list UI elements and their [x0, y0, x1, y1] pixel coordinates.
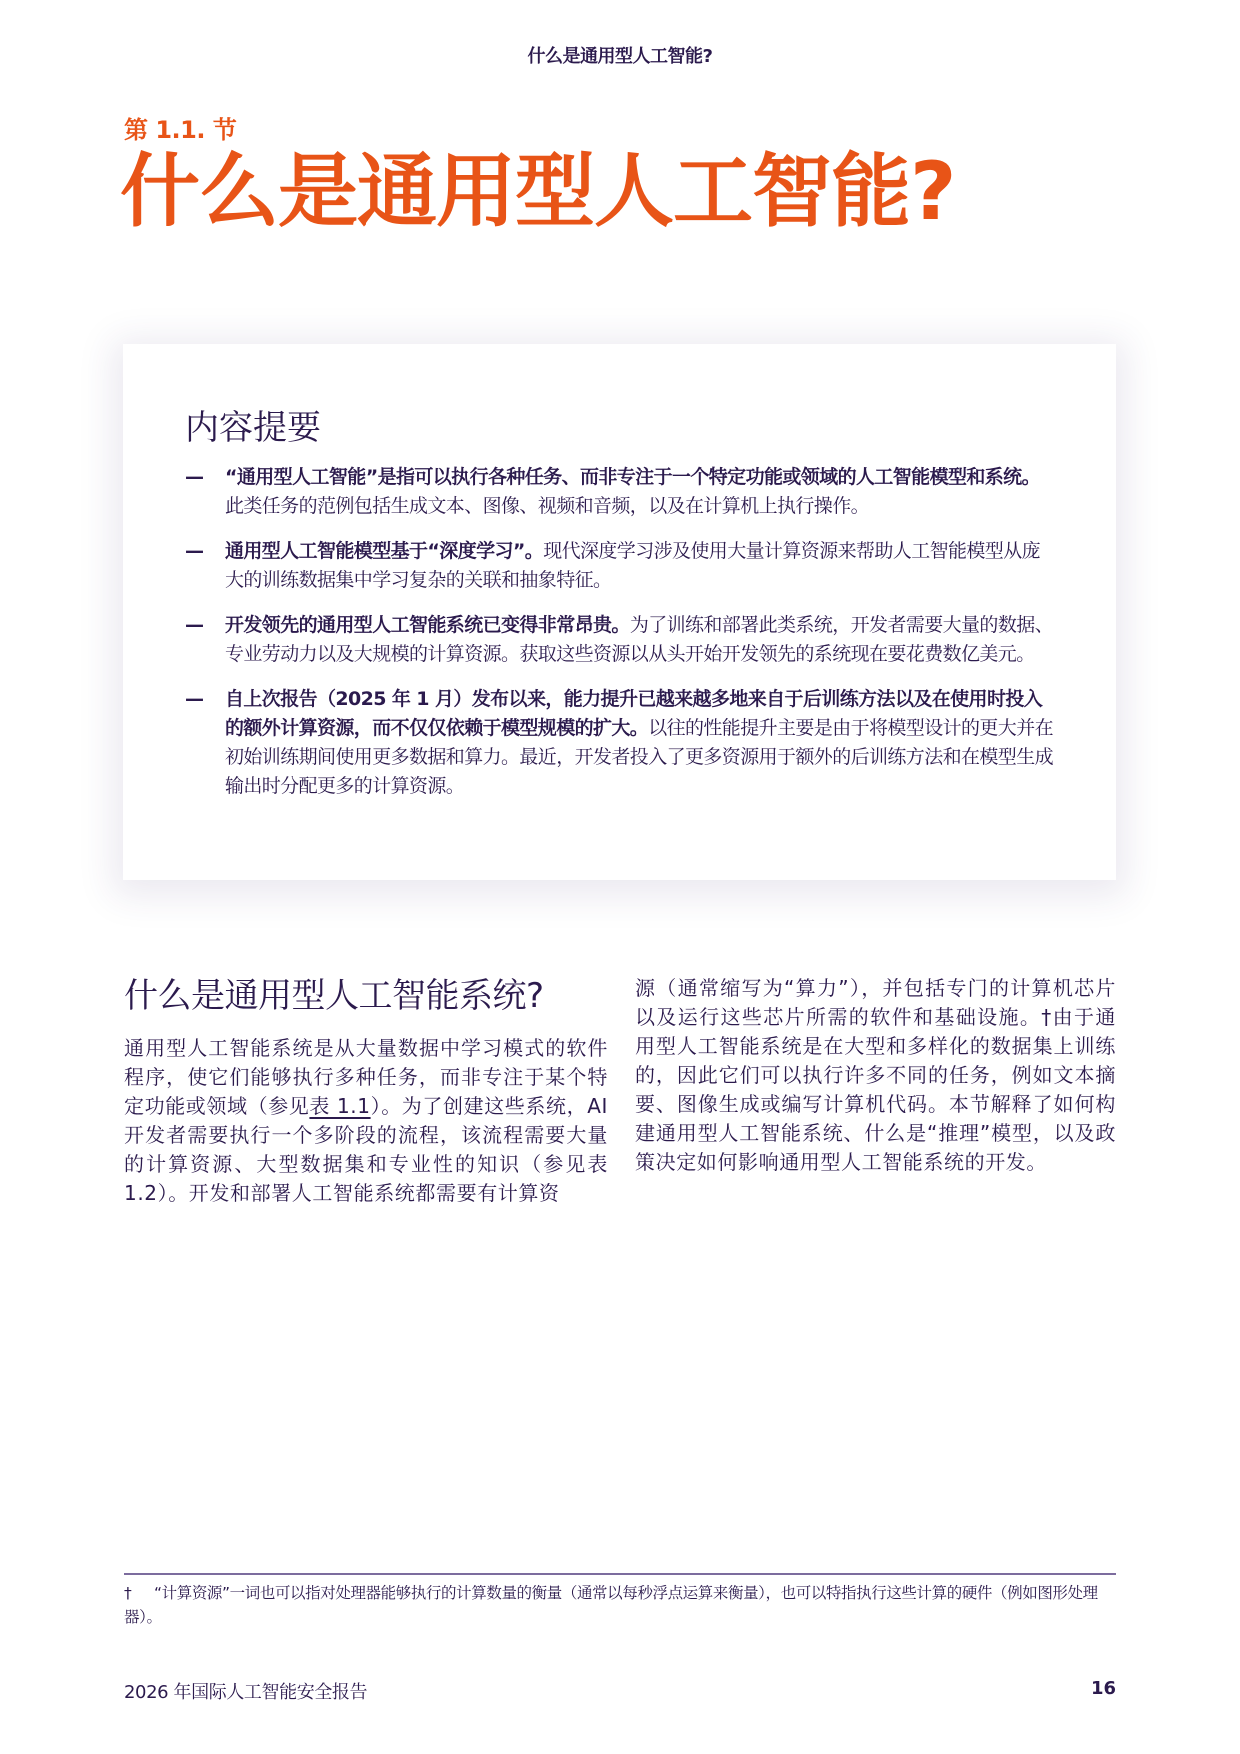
section-label: 第 1.1. 节 — [124, 110, 236, 145]
key-points-list: — “通用型人工智能”是指可以执行各种任务、而非专注于一个特定功能或领域的人工智… — [185, 463, 1056, 801]
body-column-left: 通用型人工智能系统是从大量数据中学习模式的软件程序，使它们能够执行多种任务，而非… — [124, 1034, 608, 1208]
key-points-box: 内容提要 — “通用型人工智能”是指可以执行各种任务、而非专注于一个特定功能或领… — [123, 344, 1116, 880]
section-heading: 什么是通用型人工智能系统? — [124, 976, 544, 1017]
dash-bullet-icon: — — [185, 537, 203, 566]
page-number: 16 — [1091, 1678, 1116, 1699]
body-text: 源（通常缩写为“算力”），并包括专门的计算机芯片以及运行这些芯片所需的软件和基础… — [635, 976, 1116, 1174]
footer-report-title: 2026 年国际人工智能安全报告 — [124, 1678, 367, 1704]
running-header: 什么是通用型人工智能? — [0, 42, 1240, 68]
key-point-item: — 开发领先的通用型人工智能系统已变得非常昂贵。为了训练和部署此类系统，开发者需… — [185, 611, 1056, 669]
body-column-right: 源（通常缩写为“算力”），并包括专门的计算机芯片以及运行这些芯片所需的软件和基础… — [635, 974, 1116, 1177]
key-point-lead: 开发领先的通用型人工智能系统已变得非常昂贵。 — [225, 614, 630, 636]
page-title: 什么是通用型人工智能? — [120, 148, 955, 236]
key-point-item: — 自上次报告（2025 年 1 月）发布以来，能力提升已越来越多地来自于后训练… — [185, 685, 1056, 801]
footnote-divider — [124, 1573, 1116, 1575]
dash-bullet-icon: — — [185, 463, 203, 492]
key-points-title: 内容提要 — [185, 408, 1056, 449]
key-point-item: — 通用型人工智能模型基于“深度学习”。现代深度学习涉及使用大量计算资源来帮助人… — [185, 537, 1056, 595]
dash-bullet-icon: — — [185, 685, 203, 714]
key-point-body: 此类任务的范例包括生成文本、图像、视频和音频，以及在计算机上执行操作。 — [225, 495, 869, 517]
key-point-lead: 通用型人工智能模型基于“深度学习”。 — [225, 540, 543, 562]
footnote: †“计算资源”一词也可以指对处理器能够执行的计算数量的衡量（通常以每秒浮点运算来… — [124, 1581, 1120, 1629]
key-point-item: — “通用型人工智能”是指可以执行各种任务、而非专注于一个特定功能或领域的人工智… — [185, 463, 1056, 521]
dagger-icon: † — [124, 1581, 154, 1605]
table-1-1-link[interactable]: 表 1.1 — [309, 1094, 370, 1118]
dash-bullet-icon: — — [185, 611, 203, 640]
key-point-lead: “通用型人工智能”是指可以执行各种任务、而非专注于一个特定功能或领域的人工智能模… — [225, 466, 1040, 488]
footnote-text: “计算资源”一词也可以指对处理器能够执行的计算数量的衡量（通常以每秒浮点运算来衡… — [124, 1584, 1098, 1626]
